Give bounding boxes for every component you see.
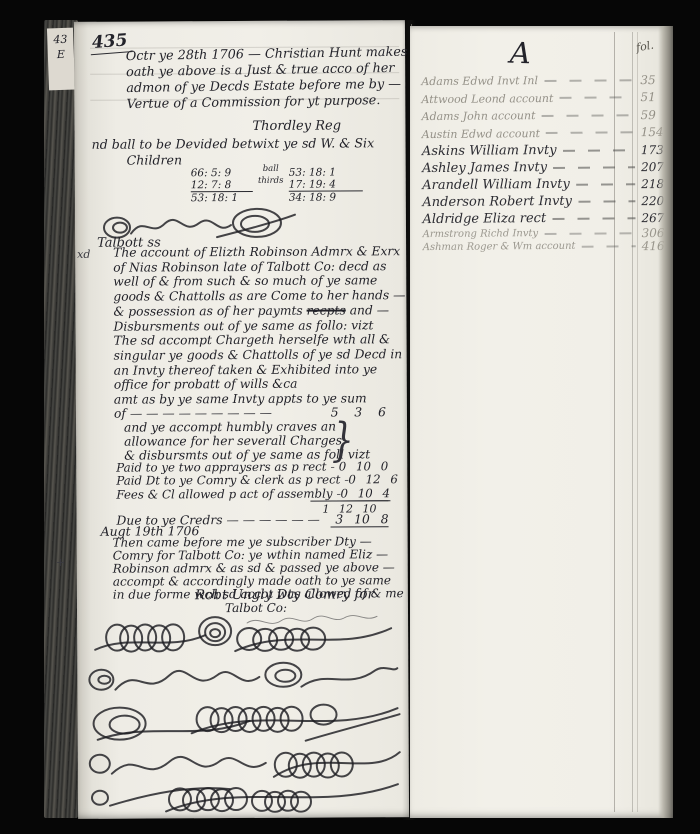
leader-line xyxy=(553,166,635,169)
leader-line xyxy=(563,149,635,152)
index-entry: Aldridge Eliza rect 267 xyxy=(422,209,671,228)
account-line: well of & from such & so much of ye same xyxy=(113,274,405,290)
pen-flourish-trials xyxy=(79,612,402,814)
index-entry: Askins William Invty 173 xyxy=(422,141,671,160)
inventory-total-text: of xyxy=(114,407,126,421)
index-entry: Adams John account 59 xyxy=(422,106,671,126)
right-page-edge-band xyxy=(658,26,673,818)
index-entry: Ashman Roger & Wm account 416 xyxy=(423,239,672,254)
account-line: goods & Chattolls as are Come to her han… xyxy=(113,288,405,304)
struck-word: recpts xyxy=(307,303,346,317)
margin-mark: + xyxy=(56,556,65,569)
registrar-signature: Thordley Reg xyxy=(252,118,341,133)
leader-dashes: — xyxy=(340,474,348,487)
arith-total-right: 34: 18: 9 xyxy=(289,190,363,203)
manuscript-photo: 43 E 435 Octr ye 28th 1706 — Christian H… xyxy=(0,0,700,834)
entry-name: Aldridge Eliza rect xyxy=(422,211,546,227)
entry-name: Adams John account xyxy=(422,109,536,123)
arith-label: thirds xyxy=(253,175,289,187)
account-line: an Invty thereof taken & Exhibited into … xyxy=(114,362,406,378)
folio-column-label: fol. xyxy=(635,39,655,55)
entry-name: Anderson Robert Invty xyxy=(422,194,572,210)
due-amount: 3 10 8 xyxy=(330,512,388,527)
leader-line xyxy=(576,183,635,186)
account-line: The sd accompt Chargeth herselfe wth all… xyxy=(114,332,406,348)
entry-name: Adams Edwd Invt Inl xyxy=(421,74,538,88)
charge-text: Fees & Cl allowed p act of assembly xyxy=(116,487,332,502)
leader-dashes: — • xyxy=(332,487,340,500)
leader-line xyxy=(544,79,634,82)
strike-post: and — xyxy=(346,303,389,317)
index-entry: Adams Edwd Invt Inl 35 xyxy=(421,71,670,91)
entry-name: Askins William Invty xyxy=(422,143,557,159)
balance-note-line: nd ball to be Devided betwixt ye sd W. &… xyxy=(92,135,375,151)
oath-entry: Octr ye 28th 1706 — Christian Hunt makes… xyxy=(126,45,409,113)
entry-name: Arandell William Invty xyxy=(422,177,570,193)
left-page: 435 Octr ye 28th 1706 — Christian Hunt m… xyxy=(74,20,409,819)
account-line: of Nias Robinson late of Talbott Co: dec… xyxy=(113,259,405,275)
arithmetic-block: 66: 5: 9 ball 53: 18: 1 12: 7: 8 thirds … xyxy=(191,166,363,204)
index-letter-heading: A xyxy=(509,36,531,71)
leader-line xyxy=(552,217,635,220)
entry-name: Austin Edwd account xyxy=(422,127,540,141)
index-entry: Attwood Leond account 51 xyxy=(421,88,670,108)
leader-line xyxy=(541,114,634,117)
index-entry: Anderson Robert Invty 220 xyxy=(422,192,671,211)
account-line: singular ye goods & Chattolls of ye sd D… xyxy=(114,347,406,363)
arith-label xyxy=(253,187,289,200)
account-line: Disbursments out of ye same as follo: vi… xyxy=(113,318,405,334)
edge-fragment-number: 43 xyxy=(47,32,74,48)
index-entries: Adams Edwd Invt Inl 35 Attwood Leond acc… xyxy=(421,71,672,254)
leader-dashes: — — — — — — xyxy=(222,513,330,528)
arith-right: 17: 19: 4 xyxy=(289,178,363,190)
balance-note-line: Children xyxy=(127,152,183,167)
edge-fragment-letter: E xyxy=(48,47,75,63)
leader-line xyxy=(544,232,635,235)
leader-line xyxy=(582,245,636,247)
account-line-with-strike: & possession as of her paymts recpts and… xyxy=(113,303,405,319)
arith-label: ball xyxy=(253,163,289,175)
index-entry: Ashley James Invty 207 xyxy=(422,158,671,177)
leader-line xyxy=(578,200,635,203)
arith-left: 66: 5: 9 xyxy=(191,167,253,179)
leader-line xyxy=(546,131,635,134)
account-line: The account of Elizth Robinson Admrx & E… xyxy=(113,244,405,260)
index-entry: Austin Edwd account 154 xyxy=(422,123,671,143)
entry-name: Armstrong Richd Invty xyxy=(423,228,539,240)
strike-pre: & possession as of her paymts xyxy=(113,303,306,318)
book-page-edges xyxy=(44,20,78,818)
charges-block: Paid to ye two appraysers as p rect — — … xyxy=(116,460,388,503)
arith-right: 53: 18: 1 xyxy=(289,166,363,178)
margin-mark: xd xyxy=(77,248,90,261)
charge-amount: 0 12 6 xyxy=(348,474,398,488)
leader-dashes: — — — — — — — — — xyxy=(126,406,314,421)
entry-name: Ashman Roger & Wm account xyxy=(423,241,576,253)
right-page-index: A fol. Adams Edwd Invt Inl 35 Attwood Le… xyxy=(410,26,673,818)
previous-leaf-fragment: 43 E xyxy=(47,28,75,91)
arith-left: 12: 7: 8 xyxy=(191,179,253,191)
curly-brace: } xyxy=(332,412,354,466)
entry-name: Attwood Leond account xyxy=(421,92,553,106)
index-entry: Arandell William Invty 218 xyxy=(422,175,671,194)
oath-line: Vertue of a Commission for yt purpose. xyxy=(126,93,408,113)
account-line: office for probatt of wills &ca xyxy=(114,376,406,392)
leader-line xyxy=(559,96,634,99)
account-entry-body: The account of Elizth Robinson Admrx & E… xyxy=(113,244,406,407)
entry-name: Ashley James Invty xyxy=(422,160,547,176)
